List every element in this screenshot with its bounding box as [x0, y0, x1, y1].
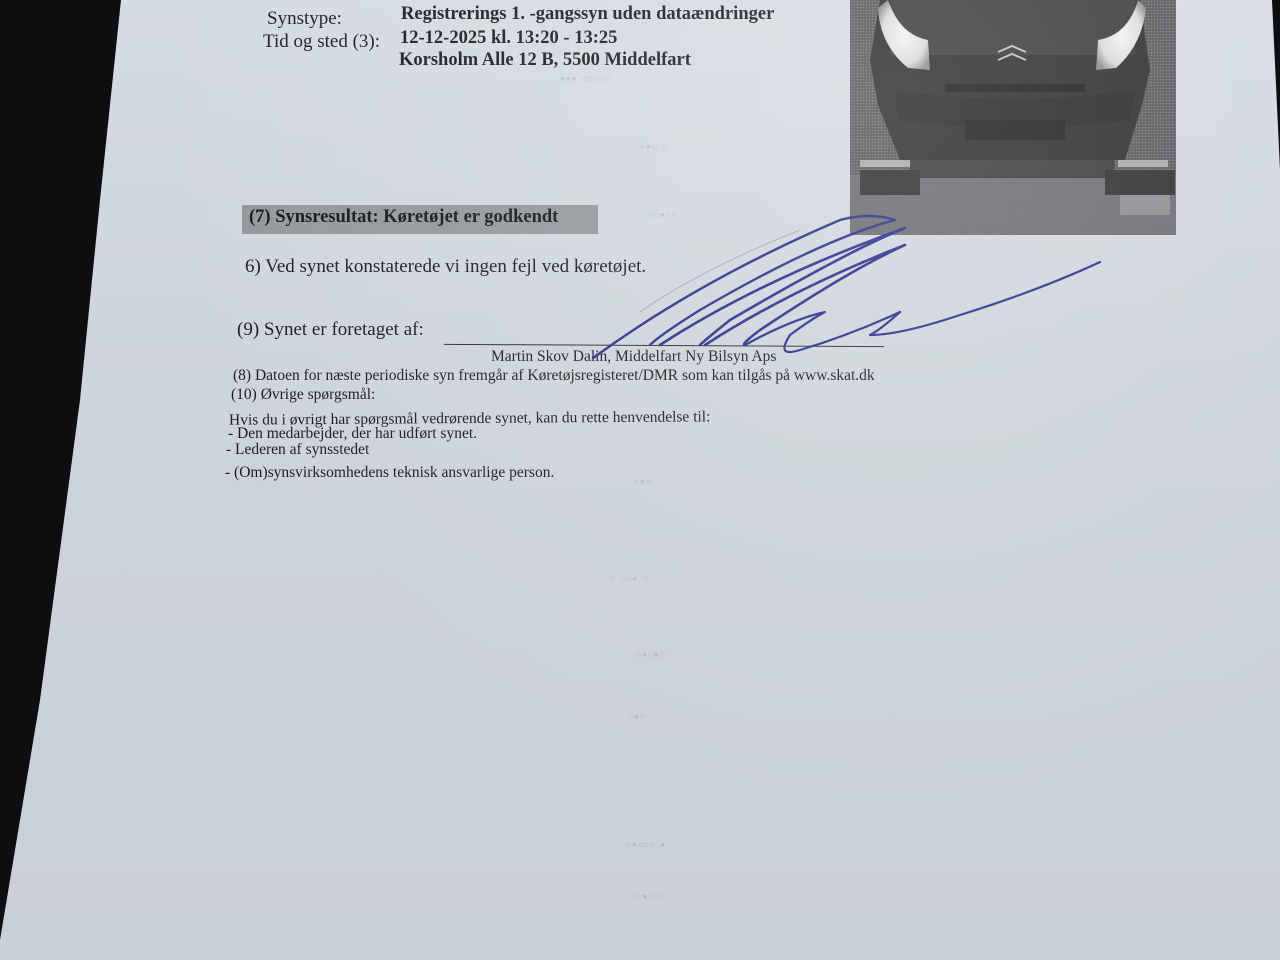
inspection-place: Korsholm Alle 12 B, 5500 Middelfart [399, 50, 691, 71]
show-through-text: ▪▪▪ ▫▫▫▫▫ [560, 72, 612, 88]
show-through-text: ▫▪▫▫▫ ▪ [626, 838, 666, 854]
car-front-icon [850, 0, 1176, 235]
show-through-text: ▫▪▫▪▫ [636, 648, 666, 664]
show-through-text: ▫▫▪▫▫ [648, 208, 678, 224]
show-through-text: ▫▪▫ [634, 475, 652, 491]
inspection-result: (7) Synsresultat: Køretøjet er godkendt [249, 207, 558, 228]
signature-line [444, 344, 884, 347]
contact-item: - Lederen af synsstedet [226, 441, 369, 459]
next-inspection-note: (8) Datoen for næste periodiske syn frem… [233, 367, 875, 385]
other-questions-heading: (10) Øvrige spørgsmål: [231, 386, 375, 404]
show-through-text: ▫▪▫ ▫ [640, 140, 668, 156]
inspection-finding: 6) Ved synet konstaterede vi ingen fejl … [245, 256, 646, 278]
show-through-text: ▫▪▫ [628, 710, 646, 726]
inspector-name: Martin Skov Dalin, Middelfart Ny Bilsyn … [491, 348, 776, 366]
inspection-time: 12-12-2025 kl. 13:20 - 13:25 [400, 28, 617, 49]
time-place-label: Tid og sted (3): [263, 31, 380, 53]
show-through-text: ▫ ▪▫ ▫ [632, 890, 665, 906]
inspection-type-label: Synstype: [267, 8, 342, 30]
contact-item: - (Om)synsvirksomhedens teknisk ansvarli… [225, 464, 554, 482]
show-through-text: ▫ ▫▫▪ ▫ [610, 572, 649, 588]
inspection-report-page: Synstype: Registrerings 1. -gangssyn ude… [0, 0, 1280, 960]
performed-by-label: (9) Synet er foretaget af: [237, 319, 424, 341]
inspection-type-value: Registrerings 1. -gangssyn uden dataændr… [401, 4, 774, 25]
car-front-photo [850, 0, 1176, 235]
